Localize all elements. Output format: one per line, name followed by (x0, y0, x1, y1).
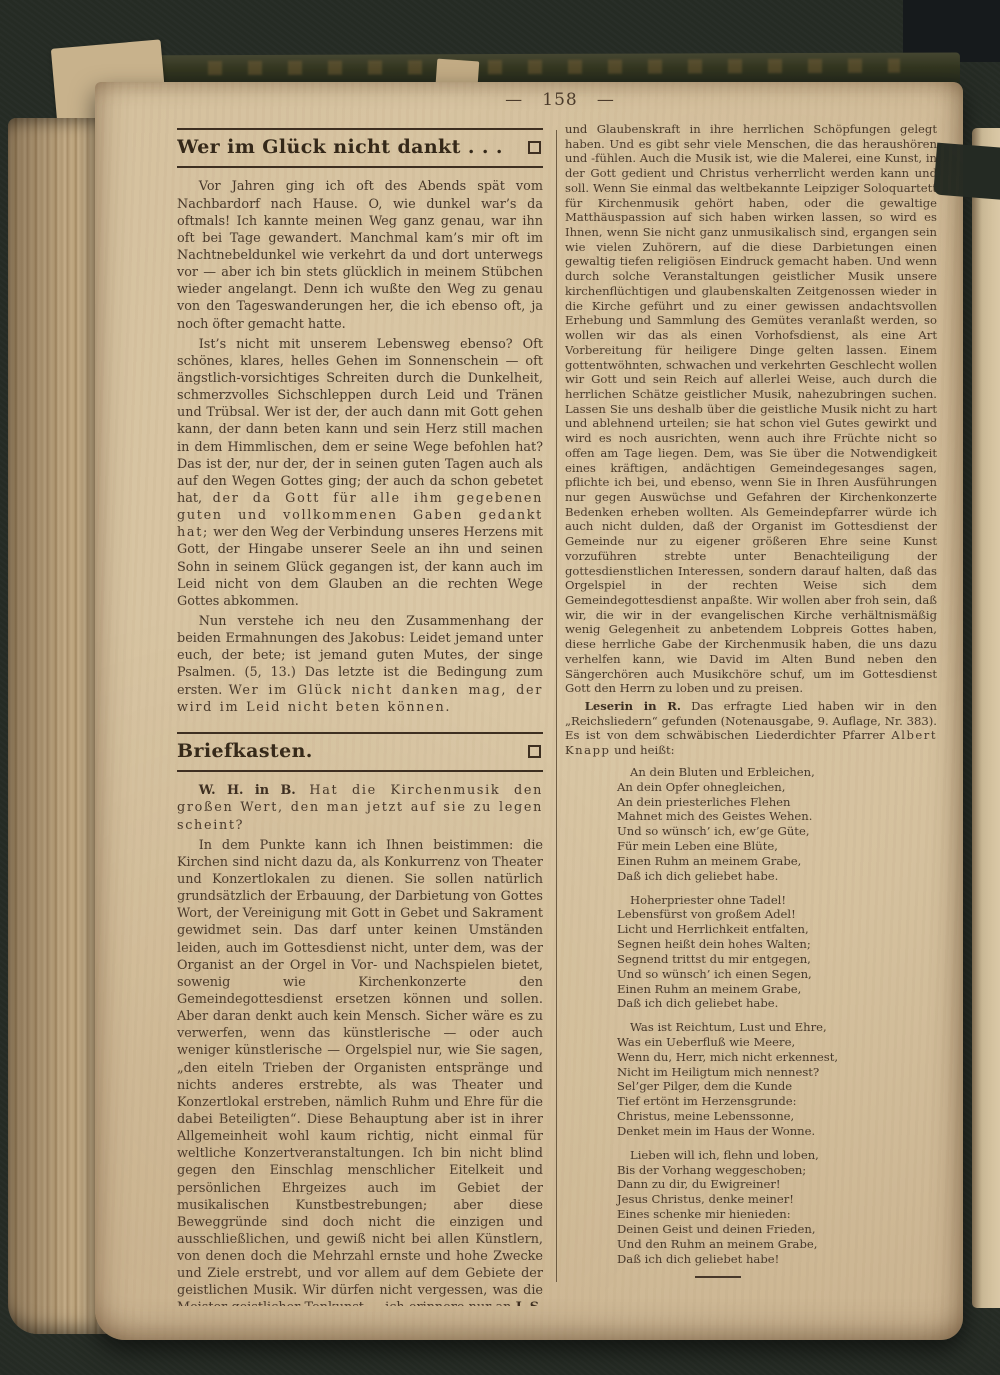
article-paragraph-3: Nun verstehe ich neu den Zusammenhang de… (177, 613, 543, 716)
poem-stanza-2: Hoherpriester ohne Tadel! Lebensfürst vo… (617, 893, 937, 1012)
answer-2: Leserin in R. Das erfragte Lied haben wi… (565, 699, 937, 758)
book-page: — 158 — Wer im Glück nicht dankt . . . V… (95, 82, 963, 1340)
left-column: Wer im Glück nicht dankt . . . Vor Jahre… (177, 128, 543, 1306)
article-heading: Wer im Glück nicht dankt . . . (177, 128, 543, 168)
page-edges-stack (8, 118, 108, 1334)
right-column: und Glaubenskraft in ihre herrlichen Sch… (565, 122, 937, 1324)
answer-1-continuation: und Glaubenskraft in ihre herrlichen Sch… (565, 122, 937, 696)
question-1: W. H. in B. Hat die Kirchenmusik den gro… (177, 782, 543, 833)
page-number: — 158 — (460, 90, 660, 110)
article-title: Wer im Glück nicht dankt . . . (177, 135, 503, 160)
square-ornament-icon (528, 141, 541, 154)
scanned-book-photo: — 158 — Wer im Glück nicht dankt . . . V… (0, 0, 1000, 1375)
column-divider-rule (556, 130, 557, 1282)
page-corner-shadow (933, 143, 1000, 206)
poem-stanza-1: An dein Bluten und Erbleichen, An dein O… (617, 765, 937, 884)
next-page-edge (972, 128, 1000, 1308)
emphasized-spaced-text: Wer im Glück nicht danken mag, der wird … (177, 683, 543, 715)
end-of-section-rule (695, 1276, 741, 1278)
sender-initials: W. H. in B. (199, 783, 296, 798)
article-paragraph-1: Vor Jahren ging ich oft des Abends spät … (177, 178, 543, 332)
briefkasten-heading: Briefkasten. (177, 732, 543, 772)
briefkasten-title: Briefkasten. (177, 739, 313, 764)
sender-name: Leserin in R. (585, 699, 681, 713)
square-ornament-icon (528, 745, 541, 758)
hymn-poem: An dein Bluten und Erbleichen, An dein O… (617, 765, 937, 1267)
poem-stanza-4: Lieben will ich, flehn und loben, Bis de… (617, 1148, 937, 1267)
poem-stanza-3: Was ist Reichtum, Lust und Ehre, Was ein… (617, 1020, 937, 1139)
answer-1: In dem Punkte kann ich Ihnen beistimmen:… (177, 837, 543, 1306)
article-paragraph-2: Ist’s nicht mit unserem Lebensweg ebenso… (177, 336, 543, 610)
